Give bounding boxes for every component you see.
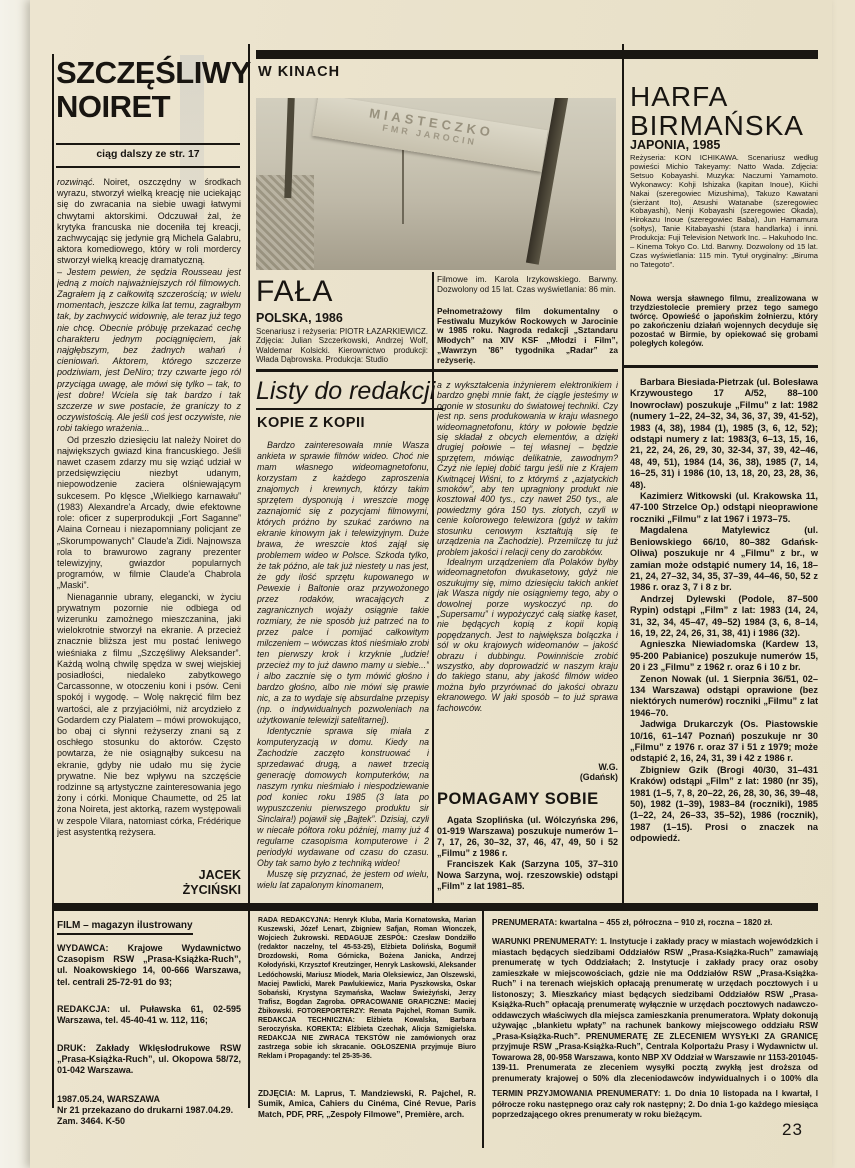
article-title-line1: SZCZĘŚLIWY [56, 56, 251, 90]
letter-paragraph: Bardzo zainteresowała mnie Wasza ankieta… [257, 440, 429, 726]
film-title-fala: FAŁA [256, 277, 333, 306]
article-author: JACEK ŻYCIŃSKI [57, 868, 241, 898]
rule [56, 166, 240, 168]
section-title-pomagamy: POMAGAMY SOBIE [437, 790, 599, 809]
fala-note: Pełnometrażowy film dokumentalny o Festi… [437, 307, 618, 365]
rule [56, 143, 240, 145]
classified-item: Jadwiga Drukarczyk (Os. Piastowskie 10/1… [630, 719, 818, 765]
pomagamy-items: Agata Szoplińska (ul. Wólczyńska 296, 01… [437, 815, 618, 901]
masthead-warunki: WARUNKI PRENUMERATY: 1. Instytucje i zak… [492, 937, 818, 1085]
classified-item: Andrzej Dylewski (Podole, 87–500 Rypin) … [630, 594, 818, 640]
article-quote: – Jestem pewien, że sędzia Rousseau jest… [57, 267, 241, 435]
harfa-country-year: JAPONIA, 1985 [630, 138, 720, 152]
masthead-dates: 1987.05.24, WARSZAWA Nr 21 przekazano do… [57, 1094, 241, 1132]
letter-paragraph: Muszę się przyznać, że jestem od wielu, … [257, 869, 429, 891]
print-info-line: Nr 21 przekazano do drukarni 1987.04.29.… [57, 1105, 241, 1127]
rule-above-classifieds [622, 365, 818, 368]
article-title: SZCZĘŚLIWY NOIRET [56, 56, 251, 124]
film-title-harfa: HARFA BIRMAŃSKA [630, 82, 820, 140]
masthead-wydawca: WYDAWCA: Krajowe Wydawnictwo Czasopism R… [57, 943, 241, 999]
classified-item: Agnieszka Niewiadomska (Kardew 13, 95-20… [630, 639, 818, 673]
magazine-paper: SZCZĘŚLIWY NOIRET ciąg dalszy ze str. 17… [30, 0, 832, 1168]
classified-item: Barbara Biesiada-Pietrzak (ul. Bolesława… [630, 377, 818, 491]
letter-column-1: Bardzo zainteresowała mnie Wasza ankieta… [257, 440, 429, 903]
divider-listy-columns [432, 272, 434, 903]
harfa-title-line2: BIRMAŃSKA [630, 111, 820, 140]
author-last-name: ŻYCIŃSKI [57, 883, 241, 898]
section-bar [256, 50, 818, 59]
letter-paragraph: a z wykształcenia inżynierem elektroniki… [437, 380, 618, 557]
article-paragraph: rozwinąć. Noiret, oszczędny w środkach w… [57, 177, 241, 267]
signature-initials: W.G. [437, 762, 618, 772]
masthead-divider-2 [482, 911, 484, 1148]
harfa-note: Nowa wersja sławnego filmu, zrealizowana… [630, 294, 818, 362]
masthead-termin: TERMIN PRZYJMOWANIA PRENUMERATY: 1. Do d… [492, 1089, 818, 1125]
magazine-page-scan: { "page": { "number": "23" }, "noiret": … [0, 0, 855, 1168]
photo-banner: MIASTECZKO FMR JAROCIN [312, 98, 548, 172]
article-body: rozwinąć. Noiret, oszczędny w środkach w… [57, 177, 241, 865]
masthead-druk: DRUK: Zakłady Wklęsłodrukowe RSW „Prasa-… [57, 1043, 241, 1089]
letter-signature: W.G. (Gdańsk) [437, 762, 618, 782]
letter-title: KOPIE Z KOPII [257, 415, 365, 431]
masthead-prenumerata: PRENUMERATA: kwartalna – 455 zł, półrocz… [492, 917, 818, 930]
lead-word: rozwinąć. [57, 177, 95, 187]
classified-item: Magdalena Matylewicz (ul. Beniowskiego 6… [630, 525, 818, 593]
masthead-zdjecia: ZDJĘCIA: M. Laprus, T. Mandziewski, R. P… [258, 1089, 476, 1133]
harfa-title-line1: HARFA [630, 82, 820, 111]
fala-credits: Scenariusz i reżyseria: PIOTR ŁAZARKIEWI… [256, 327, 428, 369]
letter-column-2: a z wykształcenia inżynierem elektroniki… [437, 380, 618, 762]
classified-item: Zbigniew Gzik (Brogi 40/30, 31–431 Krakó… [630, 765, 818, 845]
rule-above-listy [256, 369, 618, 372]
harfa-credits: Reżyseria: KON ICHIKAWA. Scenariusz wedł… [630, 154, 818, 292]
signature-city: (Gdańsk) [437, 772, 618, 782]
section-title-listy: Listy do redakcji [256, 377, 443, 410]
author-first-name: JACEK [57, 868, 241, 883]
masthead-redakcja: REDAKCJA: ul. Puławska 61, 02-595 Warsza… [57, 1004, 241, 1038]
divider-left-middle [248, 44, 250, 903]
classified-item: Zenon Nowak (ul. 1 Sierpnia 36/51, 02–13… [630, 674, 818, 720]
letter-paragraph: Identycznie sprawa się miała z komputery… [257, 726, 429, 869]
divider-middle-right [622, 44, 624, 903]
masthead-bar [52, 903, 818, 911]
magazine-name-line: FILM – magazyn ilustrowany [57, 920, 193, 935]
continuation-note: ciąg dalszy ze str. 17 [56, 148, 240, 160]
left-frame-rule [52, 54, 54, 1108]
fala-country-year: POLSKA, 1986 [256, 311, 343, 325]
section-title-w-kinach: W KINACH [258, 64, 340, 80]
page-number: 23 [782, 1120, 803, 1140]
article-paragraph: Nienagannie ubrany, elegancki, w życiu p… [57, 592, 241, 838]
photo-crowd [256, 198, 616, 270]
masthead-rada: RADA REDAKCYJNA: Henryk Kluba, Maria Kor… [258, 916, 476, 1080]
article-title-line2: NOIRET [56, 90, 251, 124]
masthead-divider-1 [248, 911, 250, 1108]
classified-item: Kazimierz Witkowski (ul. Krakowska 11, 4… [630, 491, 818, 525]
festival-photo: MIASTECZKO FMR JAROCIN [256, 98, 616, 270]
issue-date-line: 1987.05.24, WARSZAWA [57, 1094, 241, 1105]
article-paragraph: Od przeszło dziesięciu lat należy Noiret… [57, 435, 241, 592]
pomagamy-item: Franciszek Kak (Sarzyna 105, 37–310 Nowa… [437, 859, 618, 892]
letter-paragraph: Idealnym urządzeniem dla Polaków byłby w… [437, 557, 618, 713]
pomagamy-item: Agata Szoplińska (ul. Wólczyńska 296, 01… [437, 815, 618, 859]
fala-credits-continuation: Filmowe im. Karola Irzykowskiego. Barwny… [437, 274, 618, 305]
classifieds-column: Barbara Biesiada-Pietrzak (ul. Bolesława… [630, 377, 818, 899]
